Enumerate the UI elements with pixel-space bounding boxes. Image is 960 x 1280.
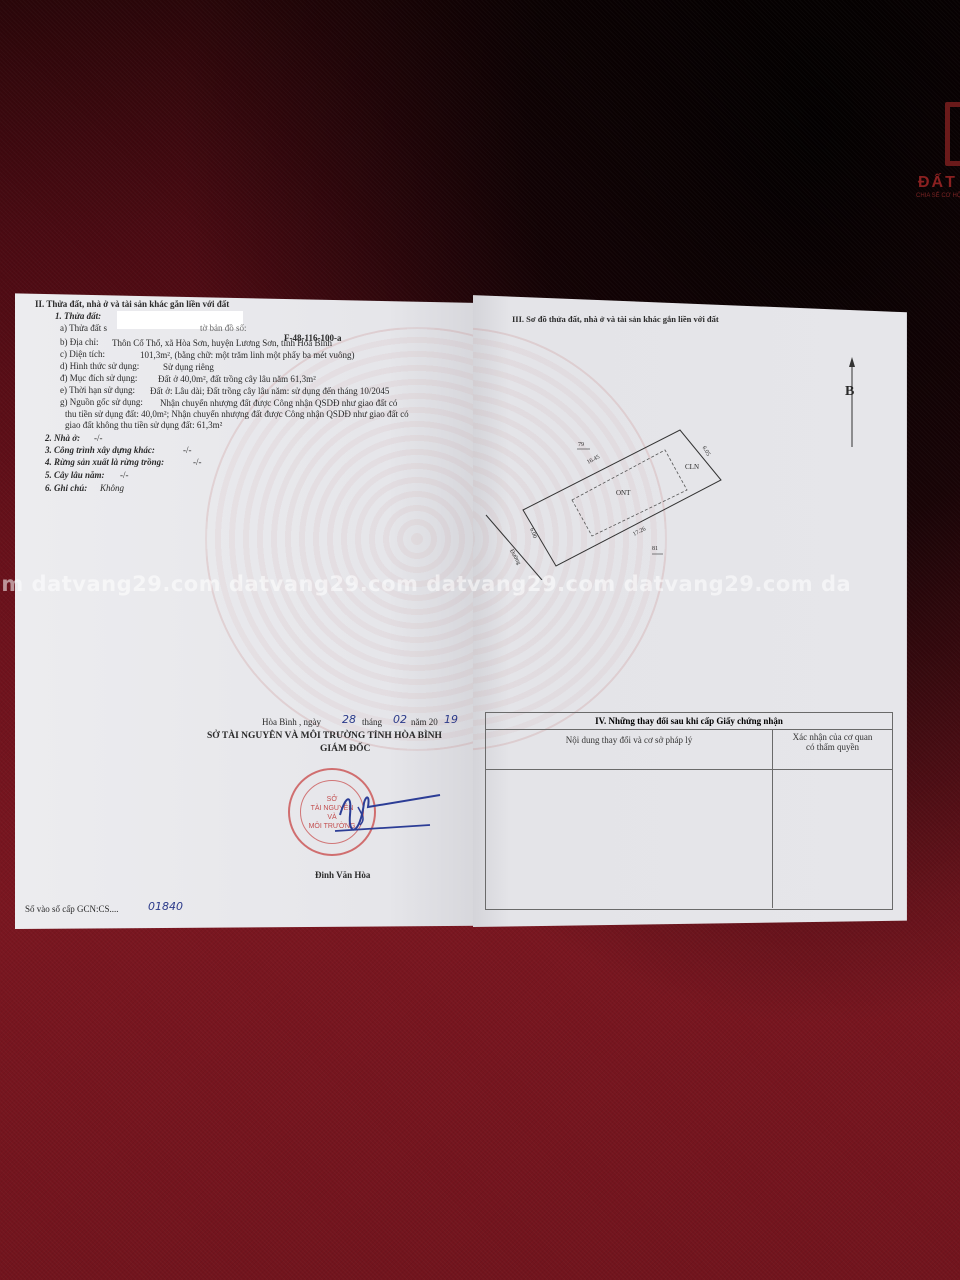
house-label: 2. Nhà ở: bbox=[45, 433, 80, 444]
area-label: c) Diện tích: bbox=[60, 349, 105, 360]
zone-cln-label: CLN bbox=[685, 462, 699, 473]
date-year: 19 bbox=[444, 714, 458, 725]
registry-label: Số vào sổ cấp GCN:CS.... bbox=[25, 904, 119, 915]
term-label: e) Thời hạn sử dụng: bbox=[60, 385, 135, 396]
house-value: -/- bbox=[94, 433, 103, 444]
date-day: 28 bbox=[342, 714, 356, 725]
forest-label: 4. Rừng sản xuất là rừng trồng: bbox=[45, 457, 164, 468]
usage-form-label: d) Hình thức sử dụng: bbox=[60, 361, 139, 372]
brand-house-icon bbox=[945, 102, 960, 166]
purpose-label: đ) Mục đích sử dụng: bbox=[60, 373, 137, 384]
perennial-value: -/- bbox=[120, 470, 129, 481]
changes-table-title: IV. Những thay đổi sau khi cấp Giấy chứn… bbox=[486, 713, 892, 730]
origin-value-line2: thu tiền sử dụng đất: 40,0m²; Nhận chuyể… bbox=[65, 409, 409, 420]
parcel-line-prefix: a) Thửa đất s bbox=[60, 323, 107, 334]
origin-value-line3: giao đất không thu tiền sử dụng đất: 61,… bbox=[65, 420, 222, 431]
col2-header-line2: có thẩm quyền bbox=[773, 742, 892, 752]
neighbor-top: 79 bbox=[578, 440, 584, 451]
handwritten-signature bbox=[330, 785, 460, 845]
section-iii-title: III. Sơ đồ thửa đất, nhà ở và tài sản kh… bbox=[512, 314, 719, 325]
table-header-divider bbox=[486, 753, 892, 770]
brand-logo: ĐẤT CHIA SẺ CƠ HỘ bbox=[900, 100, 960, 210]
changes-table: IV. Những thay đổi sau khi cấp Giấy chứn… bbox=[485, 712, 893, 910]
section-ii-title: II. Thửa đất, nhà ở và tài sản khác gắn … bbox=[35, 299, 229, 310]
area-value: 101,3m², (bằng chữ: một trăm linh một ph… bbox=[140, 350, 355, 361]
date-year-label: năm 20 bbox=[411, 717, 438, 728]
origin-value-line1: Nhận chuyển nhượng đất được Công nhận QS… bbox=[160, 398, 397, 409]
term-value: Đất ở: Lâu dài; Đất trồng cây lâu năm: s… bbox=[150, 386, 389, 397]
date-month: 02 bbox=[393, 714, 407, 725]
forest-value: -/- bbox=[193, 457, 202, 468]
parcel-heading: 1. Thửa đất: bbox=[55, 311, 101, 322]
signer-title: GIÁM ĐỐC bbox=[320, 744, 370, 755]
signer-name: Đinh Văn Hòa bbox=[315, 870, 370, 881]
zone-ont-label: ONT bbox=[616, 488, 630, 499]
brand-tagline: CHIA SẺ CƠ HỘ bbox=[916, 193, 960, 199]
perennial-label: 5. Cây lâu năm: bbox=[45, 470, 105, 481]
other-construction-label: 3. Công trình xây dựng khác: bbox=[45, 445, 155, 456]
issuing-agency: SỞ TÀI NGUYÊN VÀ MÔI TRƯỜNG TỈNH HÒA BÌN… bbox=[207, 731, 442, 742]
purpose-value: Đất ở 40,0m², đất trồng cây lâu năm 61,3… bbox=[158, 374, 316, 385]
date-month-label: tháng bbox=[362, 717, 382, 728]
note-value: Không bbox=[100, 483, 124, 494]
parcel-line-mid: tờ bản đồ số: bbox=[200, 323, 247, 334]
usage-form-value: Sử dụng riêng bbox=[163, 362, 214, 373]
col1-header: Nội dung thay đổi và cơ sở pháp lý bbox=[486, 735, 772, 745]
origin-label: g) Nguồn gốc sử dụng: bbox=[60, 397, 143, 408]
neighbor-bottom: 81 bbox=[652, 544, 658, 555]
registry-number: 01840 bbox=[148, 901, 183, 912]
date-place: Hòa Bình , ngày bbox=[262, 717, 321, 728]
address-label: b) Địa chỉ: bbox=[60, 337, 99, 348]
north-label: B bbox=[845, 385, 854, 399]
note-label: 6. Ghi chú: bbox=[45, 483, 87, 494]
col2-header-line1: Xác nhận của cơ quan bbox=[773, 732, 892, 742]
other-construction-value: -/- bbox=[183, 445, 192, 456]
brand-name: ĐẤT bbox=[918, 174, 957, 192]
north-arrow bbox=[840, 355, 864, 450]
address-value: Thôn Cổ Thổ, xã Hòa Sơn, huyện Lương Sơn… bbox=[112, 338, 332, 349]
watermark-text: .com datvang29.com datvang29.com datvang… bbox=[0, 572, 851, 596]
